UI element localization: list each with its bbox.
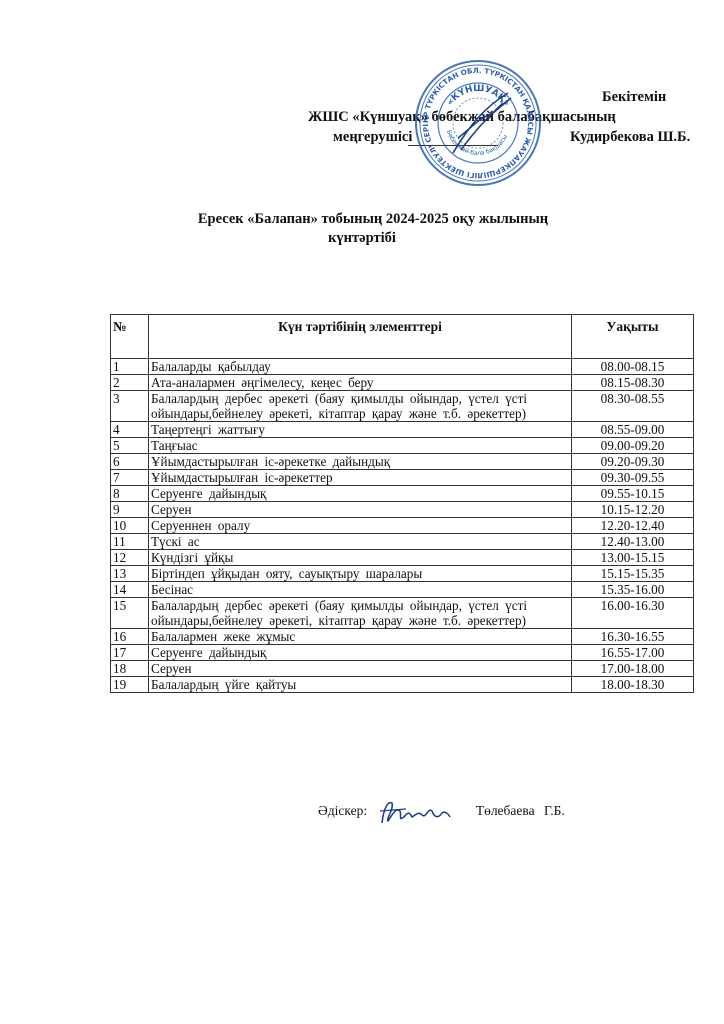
row-element: Серуенге дайындық [149,645,572,661]
row-element: Ұйымдастырылған іс-әрекеттер [149,470,572,486]
table-row: 3Балалардың дербес әрекеті (баяу қимылды… [111,391,694,422]
svg-text:ҚР ТҮРКІСТАН ОБЛ. ТҮРКІСТАН ҚА: ҚР ТҮРКІСТАН ОБЛ. ТҮРКІСТАН ҚАЛАСЫ ЖАУАП… [413,58,535,180]
row-number: 7 [111,470,149,486]
table-row: 8Серуенге дайындық09.55-10.15 [111,486,694,502]
row-time: 08.00-08.15 [572,359,694,375]
table-row: 11Түскі ас12.40-13.00 [111,534,694,550]
handwritten-signature-icon [376,797,456,827]
table-row: 10Серуеннен оралу12.20-12.40 [111,518,694,534]
row-number: 2 [111,375,149,391]
row-number: 10 [111,518,149,534]
table-row: 4Таңертеңгі жаттығу08.55-09.00 [111,422,694,438]
header-number: № [111,315,149,359]
row-element: Біртіндеп ұйқыдан ояту, сауықтыру шарала… [149,566,572,582]
row-number: 17 [111,645,149,661]
row-number: 15 [111,598,149,629]
row-time: 08.15-08.30 [572,375,694,391]
row-time: 09.00-09.20 [572,438,694,454]
table-row: 17Серуенге дайындық16.55-17.00 [111,645,694,661]
approval-role: меңгерушісі [333,129,412,145]
row-element: Таңертеңгі жаттығу [149,422,572,438]
row-number: 13 [111,566,149,582]
official-stamp-icon: ҚР ТҮРКІСТАН ОБЛ. ТҮРКІСТАН ҚАЛАСЫ ЖАУАП… [413,58,543,188]
row-number: 3 [111,391,149,422]
table-row: 5Таңғыас09.00-09.20 [111,438,694,454]
row-element: Балалардың үйге қайтуы [149,677,572,693]
table-row: 15Балалардың дербес әрекеті (баяу қимылд… [111,598,694,629]
row-time: 12.40-13.00 [572,534,694,550]
row-element: Күндізгі ұйқы [149,550,572,566]
approval-name: Кудирбекова Ш.Б. [570,128,690,146]
row-number: 1 [111,359,149,375]
row-element: Серуен [149,661,572,677]
row-number: 19 [111,677,149,693]
row-number: 14 [111,582,149,598]
row-time: 13.00-15.15 [572,550,694,566]
table-row: 1Балаларды қабылдау08.00-08.15 [111,359,694,375]
header-time: Уақыты [572,315,694,359]
table-row: 14Бесінас15.35-16.00 [111,582,694,598]
table-row: 18Серуен17.00-18.00 [111,661,694,677]
row-time: 17.00-18.00 [572,661,694,677]
table-header-row: № Күн тәртібінің элементтері Уақыты [111,315,694,359]
row-time: 08.55-09.00 [572,422,694,438]
row-time: 18.00-18.30 [572,677,694,693]
row-number: 6 [111,454,149,470]
row-element: Серуен [149,502,572,518]
row-number: 8 [111,486,149,502]
row-time: 08.30-08.55 [572,391,694,422]
row-number: 4 [111,422,149,438]
row-time: 15.35-16.00 [572,582,694,598]
row-number: 18 [111,661,149,677]
row-time: 09.55-10.15 [572,486,694,502]
row-element: Таңғыас [149,438,572,454]
row-element: Серуенге дайындық [149,486,572,502]
document-title: Ересек «Балапан» тобының 2024-2025 оқу ж… [0,210,724,248]
row-number: 9 [111,502,149,518]
methodologist-name: Төлебаева Г.Б. [476,803,565,818]
row-time: 15.15-15.35 [572,566,694,582]
row-time: 16.55-17.00 [572,645,694,661]
title-line-2: күнтәртібі [0,229,724,248]
row-element: Балалардың дербес әрекеті (баяу қимылды … [149,391,572,422]
row-element: Балалармен жеке жұмыс [149,629,572,645]
row-number: 16 [111,629,149,645]
row-element: Балаларды қабылдау [149,359,572,375]
schedule-table: № Күн тәртібінің элементтері Уақыты 1Бал… [110,314,694,693]
table-row: 7Ұйымдастырылған іс-әрекеттер09.30-09.55 [111,470,694,486]
row-number: 5 [111,438,149,454]
svg-text:Бөбекжай-бала бақшасы: Бөбекжай-бала бақшасы [445,129,509,157]
row-time: 09.30-09.55 [572,470,694,486]
table-row: 12Күндізгі ұйқы13.00-15.15 [111,550,694,566]
row-element: Ұйымдастырылған іс-әрекетке дайындық [149,454,572,470]
row-time: 16.00-16.30 [572,598,694,629]
row-number: 12 [111,550,149,566]
methodologist-role: Әдіскер: [318,803,367,818]
table-row: 6Ұйымдастырылған іс-әрекетке дайындық09.… [111,454,694,470]
row-element: Бесінас [149,582,572,598]
row-time: 10.15-12.20 [572,502,694,518]
row-time: 09.20-09.30 [572,454,694,470]
approval-signatory: меңгерушісі Кудирбекова Ш.Б. [333,128,412,146]
row-element: Түскі ас [149,534,572,550]
row-element: Ата-аналармен әңгімелесу, кеңес беру [149,375,572,391]
table-row: 19Балалардың үйге қайтуы18.00-18.30 [111,677,694,693]
table-row: 2Ата-аналармен әңгімелесу, кеңес беру08.… [111,375,694,391]
methodologist-signature-block: Әдіскер: Төлебаева Г.Б. [318,797,565,827]
row-time: 16.30-16.55 [572,629,694,645]
row-element: Балалардың дербес әрекеті (баяу қимылды … [149,598,572,629]
table-row: 9Серуен10.15-12.20 [111,502,694,518]
title-line-1: Ересек «Балапан» тобының 2024-2025 оқу ж… [0,210,724,229]
table-row: 13Біртіндеп ұйқыдан ояту, сауықтыру шара… [111,566,694,582]
approval-heading: Бекітемін [602,88,666,106]
row-number: 11 [111,534,149,550]
header-elements: Күн тәртібінің элементтері [149,315,572,359]
row-element: Серуеннен оралу [149,518,572,534]
row-time: 12.20-12.40 [572,518,694,534]
table-row: 16Балалармен жеке жұмыс16.30-16.55 [111,629,694,645]
